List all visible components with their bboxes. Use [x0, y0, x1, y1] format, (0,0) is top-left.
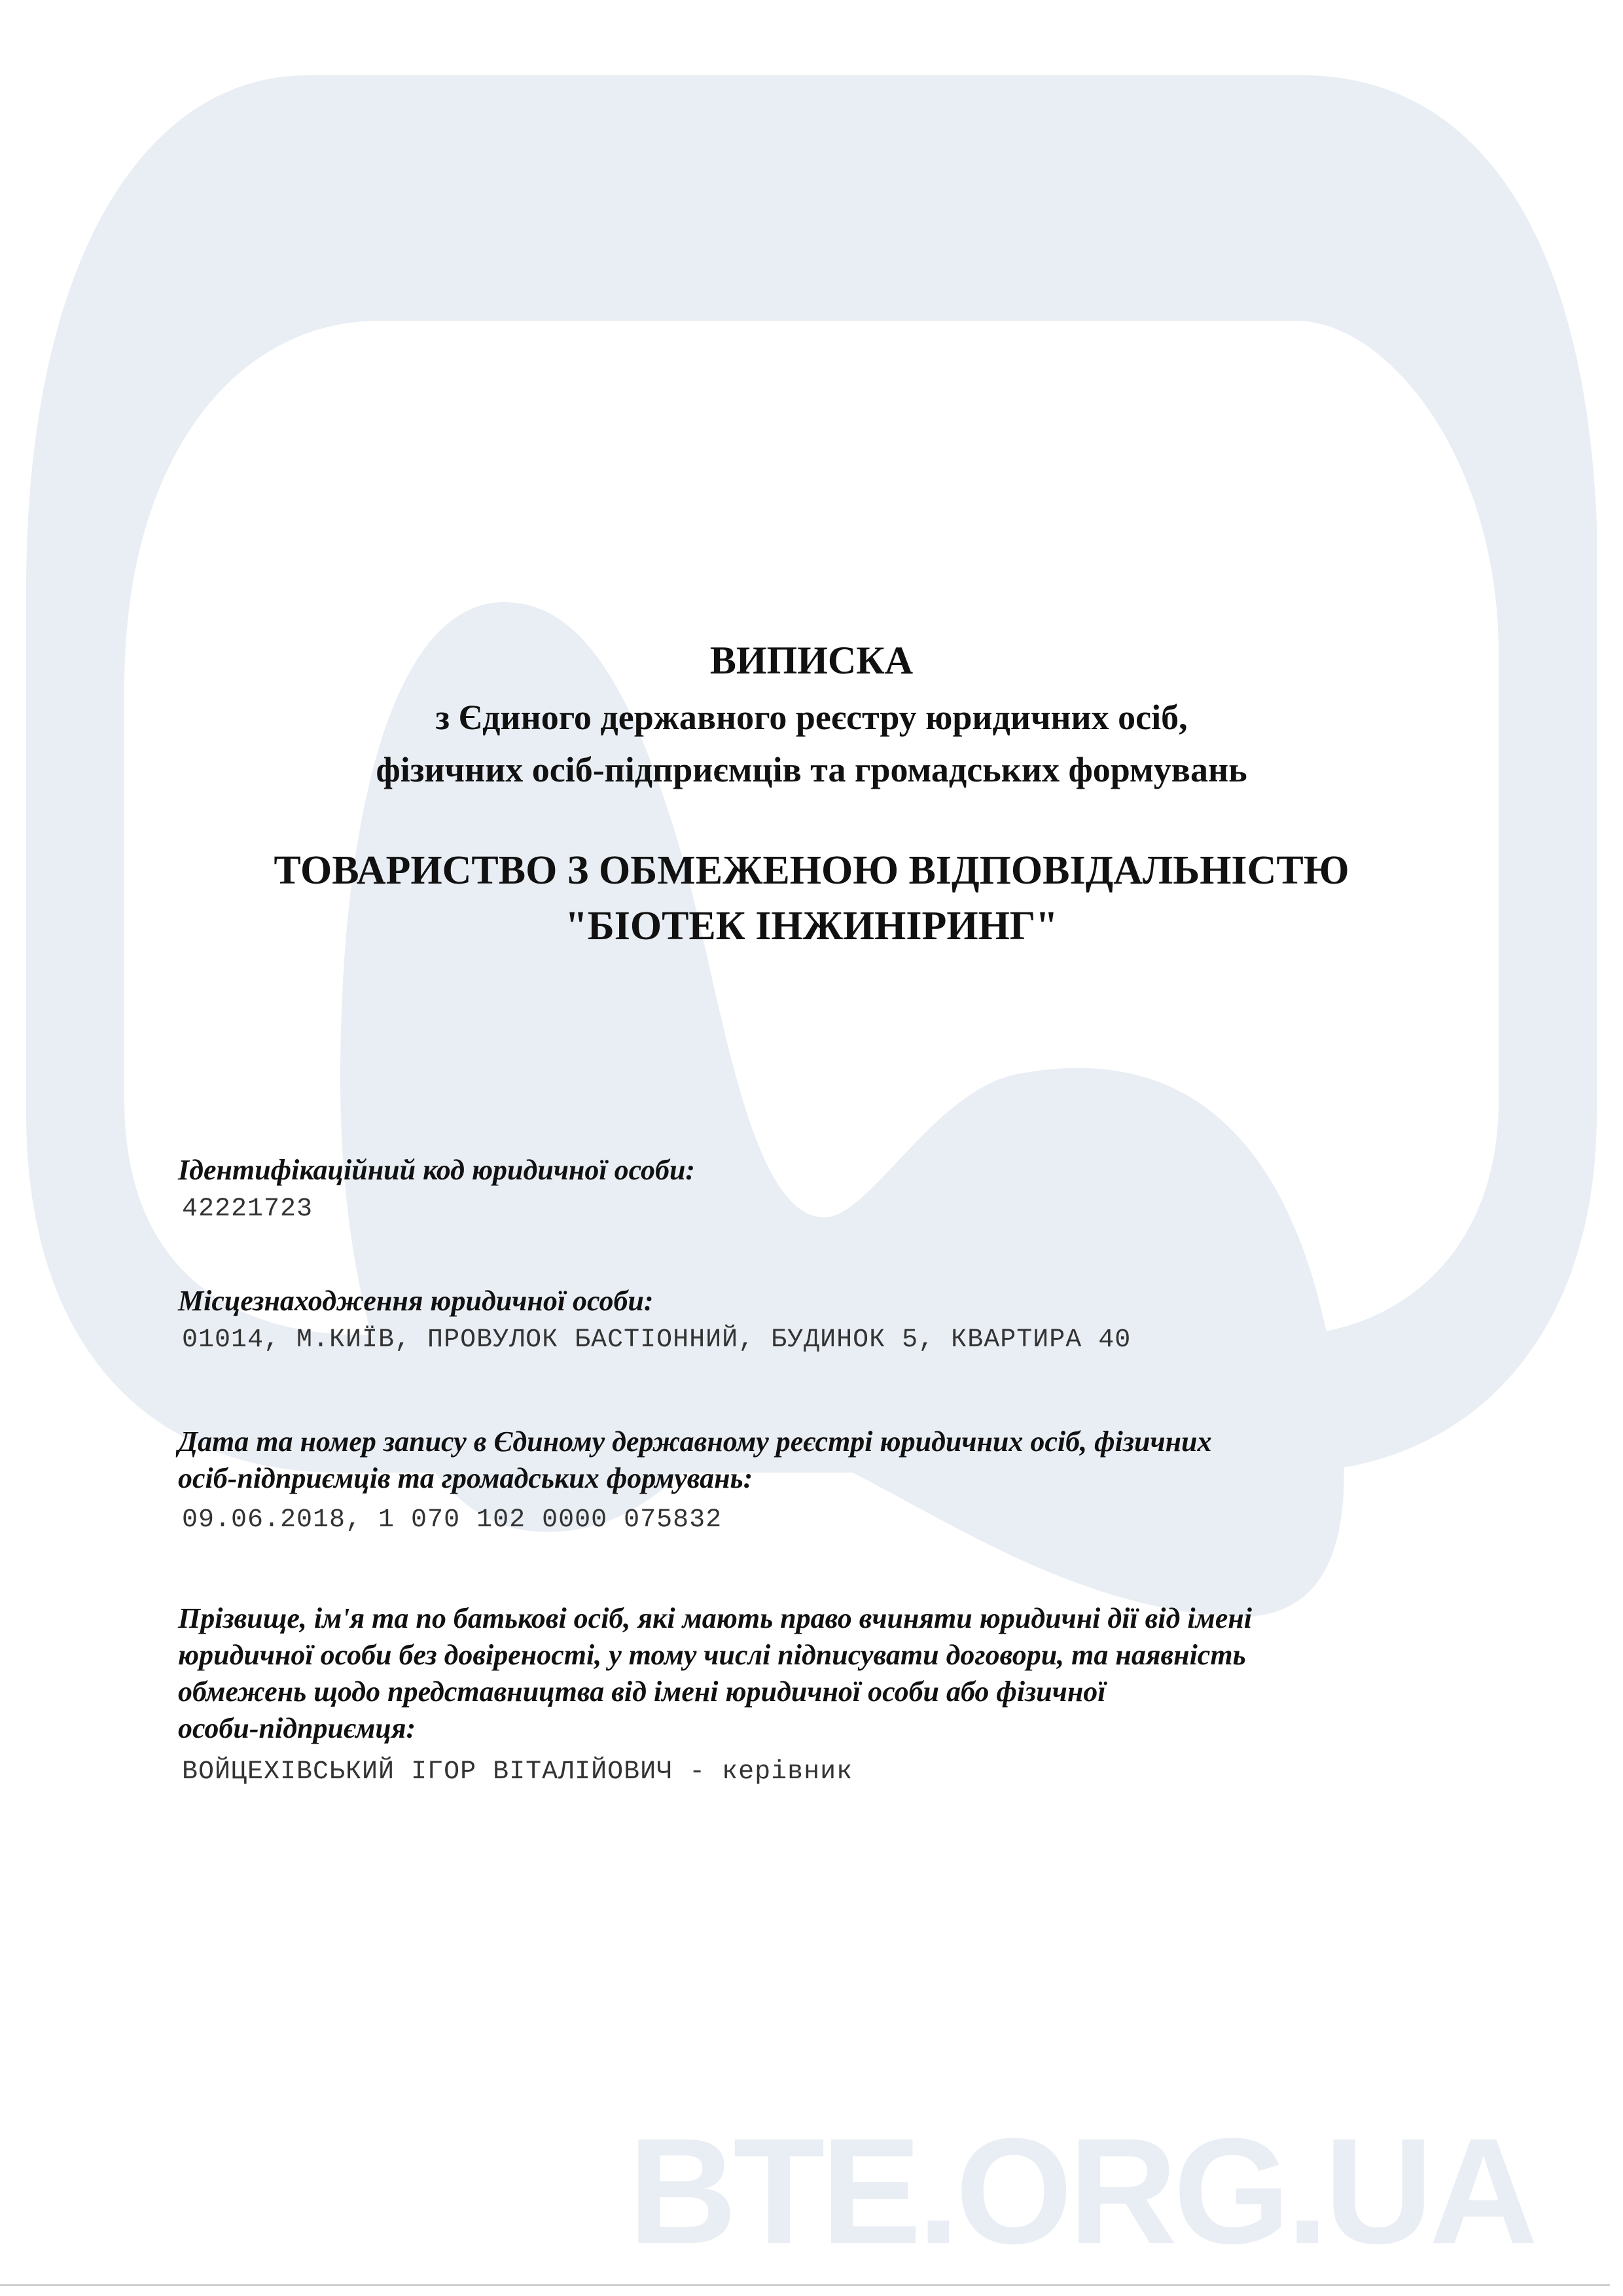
- id-code-value: 42221723: [182, 1194, 313, 1224]
- authorized-persons-value: ВОЙЦЕХІВСЬКИЙ ІГОР ВІТАЛІЙОВИЧ - керівни…: [182, 1757, 853, 1787]
- page-edge-divider: [0, 2284, 1610, 2286]
- authorized-persons-label-line4: особи-підприємця:: [178, 1710, 1395, 1747]
- address-label: Місцезнаходження юридичної особи:: [178, 1283, 1395, 1319]
- authorized-persons-label: Прізвище, ім'я та по батькові осіб, які …: [178, 1600, 1395, 1747]
- registry-record-label: Дата та номер запису в Єдиному державном…: [178, 1424, 1395, 1497]
- entity-name: "БІОТЕК ІНЖИНІРИНГ": [0, 903, 1623, 950]
- registry-record-value: 09.06.2018, 1 070 102 0000 075832: [182, 1505, 722, 1535]
- registry-record-label-line2: осіб-підприємців та громадських формуван…: [178, 1460, 1395, 1497]
- id-code-label: Ідентифікаційний код юридичної особи:: [178, 1152, 1395, 1189]
- authorized-persons-label-line1: Прізвище, ім'я та по батькові осіб, які …: [178, 1600, 1395, 1637]
- entity-type: ТОВАРИСТВО З ОБМЕЖЕНОЮ ВІДПОВІДАЛЬНІСТЮ: [0, 848, 1623, 894]
- watermark-text: BTE.ORG.UA: [628, 2104, 1534, 2278]
- document-subtitle-line1: з Єдиного державного реєстру юридичних о…: [0, 697, 1623, 738]
- extract-document: ВИПИСКА з Єдиного державного реєстру юри…: [0, 0, 1623, 2296]
- authorized-persons-label-line3: обмежень щодо представництва від імені ю…: [178, 1674, 1395, 1710]
- registry-record-label-line1: Дата та номер запису в Єдиному державном…: [178, 1424, 1395, 1460]
- document-title: ВИПИСКА: [0, 638, 1623, 683]
- authorized-persons-label-line2: юридичної особи без довіреності, у тому …: [178, 1637, 1395, 1674]
- address-value: 01014, М.КИЇВ, ПРОВУЛОК БАСТІОННИЙ, БУДИ…: [182, 1325, 1131, 1355]
- document-subtitle-line2: фізичних осіб-підприємців та громадських…: [0, 749, 1623, 790]
